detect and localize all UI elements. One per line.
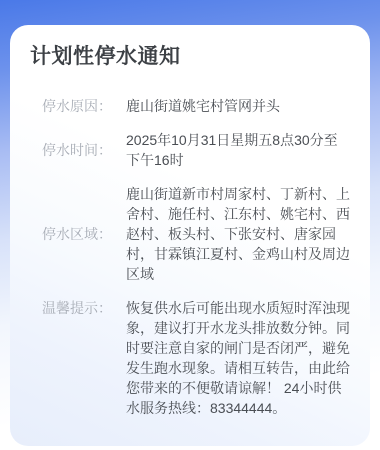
friendly-tip-value: 恢复供水后可能出现水质短时浑浊现象，建议打开水龙头排放数分钟。同时要注意自家的闸… [126, 298, 350, 418]
page-title: 计划性停水通知 [30, 43, 350, 71]
outage-area-value: 鹿山街道新市村周家村、丁新村、上舍村、施任村、江东村、姚宅村、西赵村、板头村、下… [126, 184, 350, 284]
row-outage-area: 停水区域： 鹿山街道新市村周家村、丁新村、上舍村、施任村、江东村、姚宅村、西赵村… [42, 184, 350, 284]
outage-area-label: 停水区域： [42, 224, 114, 244]
outage-time-label: 停水时间： [42, 140, 114, 160]
row-outage-time: 停水时间： 2025年10月31日星期五8点30分至下午16时 [42, 130, 350, 170]
friendly-tip-label: 温馨提示： [42, 298, 114, 318]
outage-reason-label: 停水原因： [42, 96, 114, 116]
row-outage-reason: 停水原因： 鹿山街道姚宅村管网并头 [42, 96, 350, 116]
outage-time-value: 2025年10月31日星期五8点30分至下午16时 [126, 130, 350, 170]
row-friendly-tip: 温馨提示： 恢复供水后可能出现水质短时浑浊现象，建议打开水龙头排放数分钟。同时要… [42, 298, 350, 418]
outage-reason-value: 鹿山街道姚宅村管网并头 [126, 96, 350, 116]
notice-card: 计划性停水通知 停水原因： 鹿山街道姚宅村管网并头 停水时间： 2025年10月… [10, 25, 370, 446]
